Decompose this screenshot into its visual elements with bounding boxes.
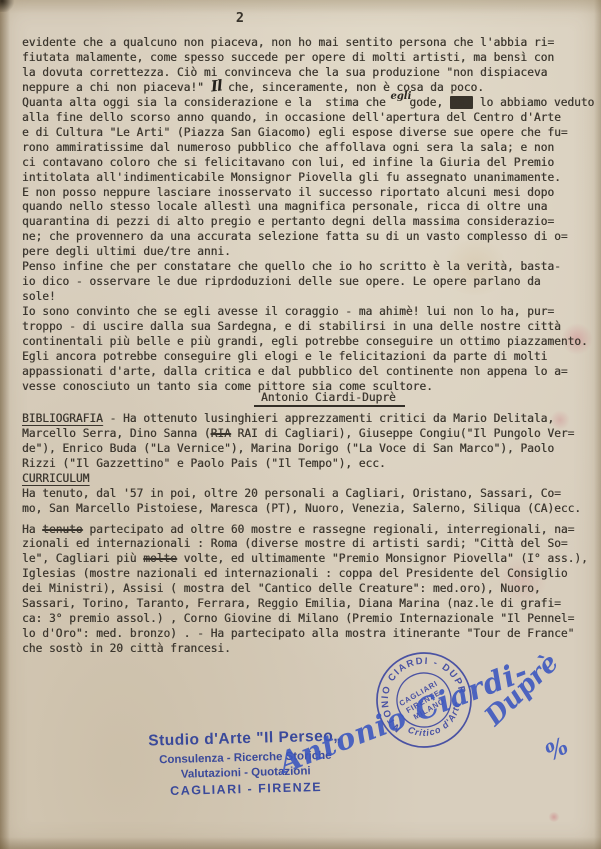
typed-line: Iglesias (mostre nazionali ed internazio… <box>22 567 597 582</box>
typed-line: CURRICULUM <box>22 472 597 487</box>
typed-line: io dico - osservare le due riprdoduzioni… <box>22 275 597 290</box>
typed-line: neppure a chi non piaceva!" Il che, sinc… <box>22 81 597 96</box>
typed-line: quando nello stesso locale allestì una m… <box>22 200 597 215</box>
typed-line: continentali più belle e più grandi, egl… <box>22 335 597 350</box>
typed-segment: appassionati d'arte, dalla critica e dal… <box>22 365 568 378</box>
typed-line: Ha tenuto partecipato ad oltre 60 mostre… <box>22 523 597 538</box>
typed-segment: intitolata all'indimenticabile Monsignor… <box>22 171 561 184</box>
typed-segment: ne; che provennero da una accurata selez… <box>22 230 568 243</box>
typed-segment-strike: tenuto <box>42 523 82 536</box>
typed-segment: io dico - osservare le due riprdoduzioni… <box>22 275 541 288</box>
typed-segment: alla fine dello scorso anno quando, in o… <box>22 111 561 124</box>
typed-segment: troppo - di uscire dalla sua Sardegna, e… <box>22 320 561 333</box>
paragraph-main: evidente che a qualcuno non piaceva, non… <box>22 36 597 395</box>
corner-smudge <box>0 0 16 12</box>
typed-segment: Ha tenuto, dal '57 in poi, oltre 20 pers… <box>22 487 561 500</box>
typed-line: le", Cagliari più molte volte, ed ultima… <box>22 552 597 567</box>
typed-line: fiutata malamente, come spesso succede p… <box>22 51 597 66</box>
typed-line: Ha tenuto, dal '57 in poi, oltre 20 pers… <box>22 487 597 502</box>
typed-text-body: evidente che a qualcuno non piaceva, non… <box>22 36 597 657</box>
typed-segment: ci contavano coloro che si felicitavano … <box>22 156 554 169</box>
typed-line: mo, San Marcello Pistoiese, Maresca (PT)… <box>22 502 597 517</box>
typed-segment: e di Cultura "Le Arti" (Piazza San Giaco… <box>22 126 568 139</box>
typed-line: Marcello Serra, Dino Sanna (RIA RAI di C… <box>22 427 597 442</box>
typed-line: Egli ancora potrebbe conseguire gli elog… <box>22 350 597 365</box>
typed-line: pere degli ultimi due/tre anni. <box>22 245 597 260</box>
typed-segment: che, sinceramente, non è cosa da poco. <box>221 81 484 94</box>
typed-segment: le", Cagliari più <box>22 552 143 565</box>
typed-segment-sig: Antonio Ciardi-Duprè <box>254 391 405 407</box>
typed-segment: Egli ancora potrebbe conseguire gli elog… <box>22 350 547 363</box>
typed-segment: Ha <box>22 523 42 536</box>
typed-segment-hand: Il <box>210 80 222 91</box>
typed-line: Rizzi ("Il Gazzettino" e Paolo Pais ("Il… <box>22 457 597 472</box>
typed-segment-hand-sup: egli <box>390 93 411 101</box>
typed-segment: fiutata malamente, come spesso succede p… <box>22 51 554 64</box>
typed-line: troppo - di uscire dalla sua Sardegna, e… <box>22 320 597 335</box>
typed-segment: Quanta alta oggi sia la considerazione e… <box>22 96 392 109</box>
typed-segment-u: BIBLIOGRAFIA <box>22 412 103 425</box>
typed-line: lo d'Oro": med. bronzo) . - Ha partecipa… <box>22 627 597 642</box>
typed-line: ne; che provennero da una accurata selez… <box>22 230 597 245</box>
typed-line: Quanta alta oggi sia la considerazione e… <box>22 96 597 111</box>
typed-segment: che sostò in 20 città francesi. <box>22 642 231 655</box>
typed-segment: quando nello stesso locale allestì una m… <box>22 200 547 213</box>
typed-line: quarantina di pezzi di alto pregio e per… <box>22 215 597 230</box>
typed-segment: dei Ministri), Assisi ( mostra del "Cant… <box>22 582 541 595</box>
typed-line: Penso infine che per constatare che quel… <box>22 260 597 275</box>
typed-segment: Penso infine che per constatare che quel… <box>22 260 561 273</box>
typed-segment: Rizzi ("Il Gazzettino" e Paolo Pais ("Il… <box>22 457 386 470</box>
typed-segment: pere degli ultimi due/tre anni. <box>22 245 231 258</box>
page-number: 2 <box>222 9 258 27</box>
typed-segment: neppure a chi non piaceva!" <box>22 81 211 94</box>
typed-line: evidente che a qualcuno non piaceva, non… <box>22 36 597 51</box>
typed-segment: mo, San Marcello Pistoiese, Maresca (PT)… <box>22 502 581 515</box>
typed-segment: gode, <box>409 96 449 109</box>
typed-segment: la dovuta correttezza. Ciò mi convinceva… <box>22 66 547 79</box>
paragraph-biblio: BIBLIOGRAFIA - Ha ottenuto lusinghieri a… <box>22 412 597 472</box>
typed-segment-redact: mai <box>450 96 473 109</box>
typed-segment: partecipato ad oltre 60 mostre e rassegn… <box>83 523 575 536</box>
paragraph-curric: CURRICULUMHa tenuto, dal '57 in poi, olt… <box>22 472 597 517</box>
typed-segment: rono ammiratissime dal numeroso pubblico… <box>22 141 554 154</box>
typed-line: BIBLIOGRAFIA - Ha ottenuto lusinghieri a… <box>22 412 597 427</box>
typed-line: Io sono convinto che se egli avesse il c… <box>22 305 597 320</box>
typed-segment: RAI di Cagliari), Giuseppe Congiu("Il Pu… <box>231 427 575 440</box>
typed-segment-strike: RIA <box>211 427 231 440</box>
typed-segment: zionali ed internazionali : Roma (divers… <box>22 537 568 550</box>
typed-segment-u: CURRICULUM <box>22 472 89 485</box>
typed-segment: continentali più belle e più grandi, egl… <box>22 335 588 348</box>
typed-segment: lo d'Oro": med. bronzo) . - Ha partecipa… <box>22 627 574 640</box>
typed-segment: evidente che a qualcuno non piaceva, non… <box>22 36 554 49</box>
typed-segment: sole! <box>22 290 56 303</box>
typed-segment: volte, ed ultimamente "Premio Monsignor … <box>177 552 588 565</box>
scanned-typewritten-page: 2 evidente che a qualcuno non piaceva, n… <box>0 0 601 849</box>
typed-segment: Io sono convinto che se egli avesse il c… <box>22 305 554 318</box>
typed-segment: - Ha ottenuto lusinghieri apprezzamenti … <box>103 412 554 425</box>
typed-segment: Marcello Serra, Dino Sanna ( <box>22 427 211 440</box>
handwritten-percent-mark: % <box>541 732 573 766</box>
typed-line: che sostò in 20 città francesi. <box>22 642 597 657</box>
typed-line: dei Ministri), Assisi ( mostra del "Cant… <box>22 582 597 597</box>
pink-dot <box>548 812 560 822</box>
typed-line: zionali ed internazionali : Roma (divers… <box>22 537 597 552</box>
typed-line: rono ammiratissime dal numeroso pubblico… <box>22 141 597 156</box>
typed-line: ci contavano coloro che si felicitavano … <box>22 156 597 171</box>
paragraph-mostre: Ha tenuto partecipato ad oltre 60 mostre… <box>22 523 597 658</box>
typed-segment: E non posso neppure lasciare inosservato… <box>22 186 554 199</box>
typed-segment-strike: molte <box>143 552 177 565</box>
typed-line: appassionati d'arte, dalla critica e dal… <box>22 365 597 380</box>
typed-segment: de"), Enrico Buda ("La Vernice"), Marina… <box>22 442 554 455</box>
typed-segment: Sassari, Torino, Taranto, Ferrara, Reggi… <box>22 597 561 610</box>
typed-line: la dovuta correttezza. Ciò mi convinceva… <box>22 66 597 81</box>
typed-line: alla fine dello scorso anno quando, in o… <box>22 111 597 126</box>
typed-segment: ca: 3° premio assol.) , Corno Giovine di… <box>22 612 574 625</box>
typed-line: de"), Enrico Buda ("La Vernice"), Marina… <box>22 442 597 457</box>
typed-line: E non posso neppure lasciare inosservato… <box>22 186 597 201</box>
typed-line: Sassari, Torino, Taranto, Ferrara, Reggi… <box>22 597 597 612</box>
typed-line: sole! <box>22 290 597 305</box>
typed-segment: Iglesias (mostre nazionali ed internazio… <box>22 567 568 580</box>
typed-line: e di Cultura "Le Arti" (Piazza San Giaco… <box>22 126 597 141</box>
typed-line: intitolata all'indimenticabile Monsignor… <box>22 171 597 186</box>
typed-segment: lo abbiamo veduto <box>473 96 594 109</box>
typed-segment: quarantina di pezzi di alto pregio e per… <box>22 215 554 228</box>
studio-stamp-cities: CAGLIARI - FIRENZE <box>129 779 364 799</box>
typed-line: ca: 3° premio assol.) , Corno Giovine di… <box>22 612 597 627</box>
